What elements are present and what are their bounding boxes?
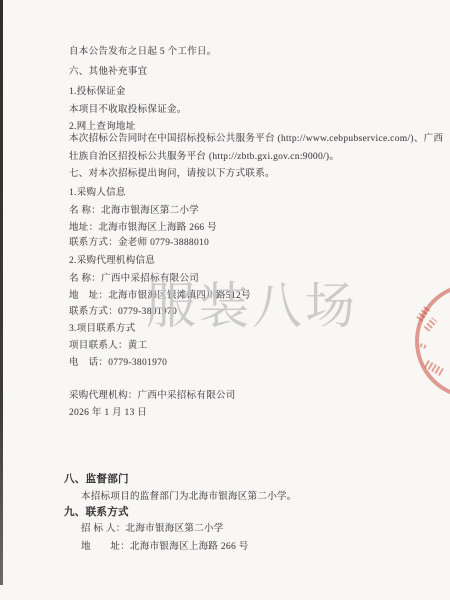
watermark-text: 服装八场 bbox=[146, 266, 358, 338]
line-bid-bond-title: 1.投标保证金 bbox=[69, 86, 126, 99]
line-platforms-2: 壮族自治区招投标公共服务平台 (http://zbtb.gxi.gov.cn:9… bbox=[69, 151, 339, 164]
line-purchaser-info-title: 1.采购人信息 bbox=[69, 187, 126, 200]
line-bid-bond-note: 本项目不收取投标保证金。 bbox=[69, 104, 187, 117]
line-project-contact-title: 3.项目联系方式 bbox=[69, 323, 136, 336]
line-agency-info-title: 2.采购代理机构信息 bbox=[69, 255, 155, 268]
line-purchaser-contact: 联系方式：金老师 0779-3888010 bbox=[69, 237, 209, 250]
scanned-document-page: 自本公告发布之日起 5 个工作日。 六、其他补充事宜 1.投标保证金 本项目不收… bbox=[0, 0, 450, 600]
line-project-contact-person: 项目联系人：黄工 bbox=[69, 340, 147, 353]
scan-edge-shadow bbox=[0, 0, 3, 585]
line-announcement-date: 2026 年 1 月 13 日 bbox=[69, 407, 147, 420]
line-project-phone: 电 话：0779-3801970 bbox=[69, 357, 167, 370]
line-platforms-1: 本次招标公告同时在中国招标投标公共服务平台 (http://www.cebpub… bbox=[69, 133, 443, 146]
section-6-heading: 六、其他补充事宜 bbox=[69, 66, 147, 79]
line-purchaser-name: 名 称：北海市银海区第二小学 bbox=[69, 205, 199, 218]
line-bidder-name: 招 标 人：北海市银海区第二小学 bbox=[81, 523, 224, 536]
section-9-heading: 九、联系方式 bbox=[64, 506, 129, 519]
section-8-heading: 八、监督部门 bbox=[64, 473, 129, 486]
line-agency-signature: 采购代理机构：广西中采招标有限公司 bbox=[69, 390, 236, 403]
line-working-days: 自本公告发布之日起 5 个工作日。 bbox=[69, 46, 217, 59]
line-purchaser-address: 地址：北海市银海区上海路 266 号 bbox=[69, 222, 217, 235]
line-supervision-dept: 本招标项目的监督部门为北海市银海区第二小学。 bbox=[81, 491, 297, 504]
red-seal-arc bbox=[415, 283, 450, 399]
line-bidder-address: 地 址：北海市银海区上海路 266 号 bbox=[81, 541, 249, 554]
section-7-heading: 七、对本次招标提出询问，请按以下方式联系。 bbox=[69, 168, 275, 181]
